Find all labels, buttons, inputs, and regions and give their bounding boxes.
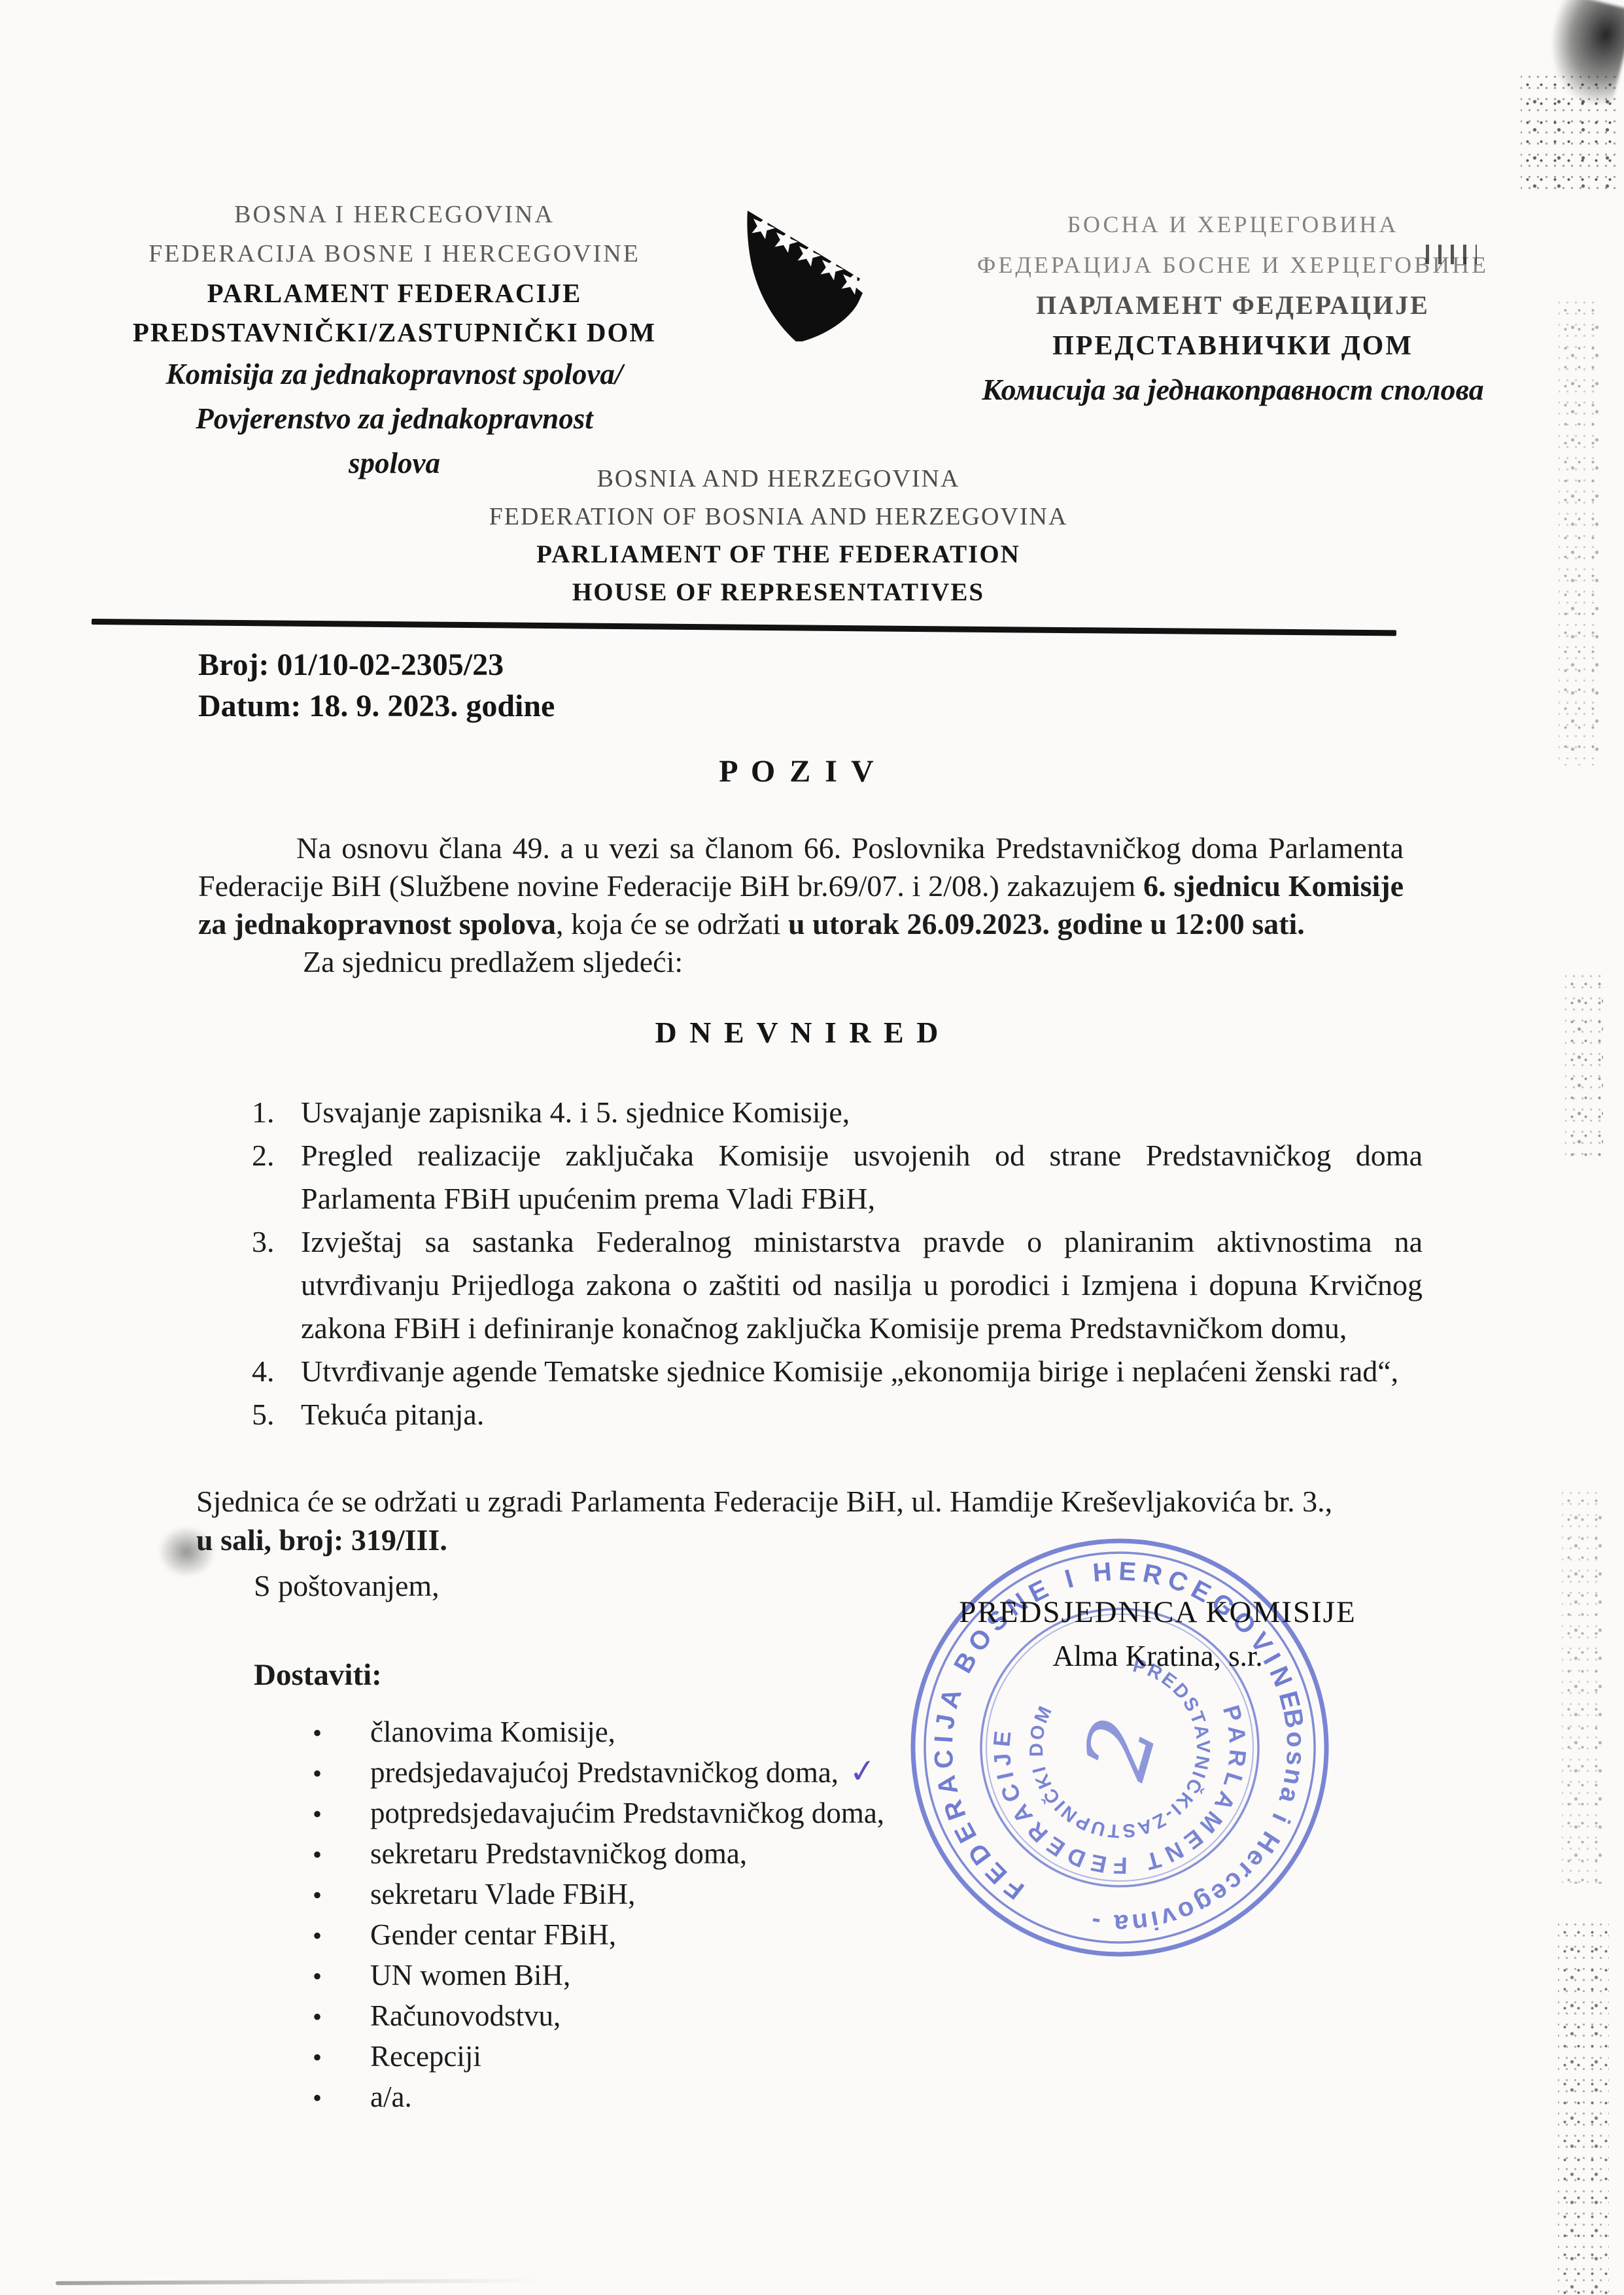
country-name: BOSNA I HERCEGOVINA [84, 195, 705, 234]
bullet-icon [313, 1916, 370, 1956]
scan-artifact [56, 2279, 540, 2285]
distribution-item: Računovodstvu, [313, 1996, 884, 2037]
house-name-cyr: ПРЕДСТАВНИЧКИ ДОМ [912, 326, 1553, 366]
country-name-cyr: БОСНА И ХЕРЦЕГОВИНА [912, 204, 1553, 245]
intro-text-2: , koja će se održati [556, 907, 788, 940]
closing-regards: S poštovanjem, [254, 1568, 440, 1603]
commission-name-1: Komisija za jednakopravnost spolova/ [84, 352, 705, 396]
signature-title: PREDSJEDNICA KOMISIJE [942, 1595, 1373, 1630]
agenda-item-text: Pregled realizacije zaključaka Komisije … [301, 1134, 1423, 1220]
letter-title: P O Z I V [0, 753, 1596, 789]
reference-number: Broj: 01/10-02-2305/23 [198, 644, 555, 685]
distribution-item-text: potpredsjedavajućim Predstavničkog doma, [370, 1793, 884, 1833]
distribution-item: Recepciji [313, 2037, 884, 2077]
commission-name-2: Povjerenstvo za jednakopravnost [84, 396, 705, 441]
country-name-en: BOSNIA AND HERZEGOVINA [406, 460, 1151, 498]
signature-name: Alma Kratina, s.r. [942, 1639, 1373, 1673]
distribution-item-text: Recepciji [370, 2037, 481, 2076]
scan-artifact [1559, 301, 1600, 765]
agenda-item: 4. Utvrđivanje agende Tematske sjednice … [252, 1350, 1423, 1393]
distribution-item-text: predsjedavajućoj Predstavničkog doma, [370, 1753, 838, 1792]
letter-date: Datum: 18. 9. 2023. godine [198, 685, 555, 727]
distribution-heading: Dostaviti: [254, 1657, 382, 1693]
distribution-item: a/a. [313, 2077, 884, 2118]
intro-datetime-bold: u utorak 26.09.2023. godine u 12:00 sati… [788, 907, 1305, 940]
scan-artifact [1521, 75, 1619, 190]
scan-artifact [1558, 1923, 1609, 2295]
agenda-item-number: 1. [252, 1091, 301, 1134]
agenda-item-number: 3. [252, 1220, 301, 1350]
parliament-name-en: PARLIAMENT OF THE FEDERATION [406, 536, 1151, 574]
intro-paragraph: Na osnovu člana 49. a u vezi sa članom 6… [198, 829, 1404, 943]
scan-artifact [1565, 975, 1603, 1158]
distribution-item-text: sekretaru Vlade FBiH, [370, 1874, 635, 1914]
header-divider [92, 619, 1396, 636]
commission-name-cyr: Комисија за једнакоправност сполова [912, 366, 1553, 413]
distribution-item: predsjedavajućoj Predstavničkog doma, ✓ [313, 1753, 884, 1793]
distribution-item: sekretaru Vlade FBiH, [313, 1874, 884, 1915]
header-institution-english: BOSNIA AND HERZEGOVINA FEDERATION OF BOS… [406, 460, 1151, 612]
agenda-item-number: 5. [252, 1393, 301, 1436]
distribution-item-text: Računovodstvu, [370, 1996, 561, 2035]
bullet-icon [313, 1876, 370, 1915]
distribution-list: članovima Komisije, predsjedavajućoj Pre… [313, 1712, 884, 2118]
scan-artifact [1538, 0, 1624, 109]
federation-name-cyr: ФЕДЕРАЦИЈА БОСНЕ И ХЕРЦЕГОВИНЕ [912, 245, 1553, 285]
bullet-icon [313, 2079, 370, 2118]
header-institution-latin: BOSNA I HERCEGOVINA FEDERACIJA BOSNE I H… [84, 195, 705, 485]
federation-name: FEDERACIJA BOSNE I HERCEGOVINE [84, 234, 705, 273]
federation-name-en: FEDERATION OF BOSNIA AND HERZEGOVINA [406, 498, 1151, 536]
agenda-item-number: 2. [252, 1134, 301, 1220]
agenda-item-text: Tekuća pitanja. [301, 1393, 1423, 1436]
distribution-item-text: UN women BiH, [370, 1956, 570, 1995]
agenda-item: 5. Tekuća pitanja. [252, 1393, 1423, 1436]
bullet-icon [313, 2038, 370, 2077]
house-name: PREDSTAVNIČKI/ZASTUPNIČKI DOM [84, 313, 705, 352]
parliament-name-cyr: ПАРЛАМЕНТ ФЕДЕРАЦИЈЕ [912, 285, 1553, 326]
agenda-item-text: Utvrđivanje agende Tematske sjednice Kom… [301, 1350, 1423, 1393]
letter-meta: Broj: 01/10-02-2305/23 Datum: 18. 9. 202… [198, 644, 555, 727]
handwritten-checkmark-icon: ✓ [849, 1770, 876, 1772]
bullet-icon [313, 1997, 370, 2037]
bullet-icon [313, 1714, 370, 1753]
bullet-icon [313, 1795, 370, 1834]
house-name-en: HOUSE OF REPRESENTATIVES [406, 574, 1151, 612]
scan-artifact [1562, 1491, 1602, 1884]
bullet-icon [313, 1957, 370, 1996]
distribution-item-text: sekretaru Predstavničkog doma, [370, 1834, 747, 1873]
distribution-item: Gender centar FBiH, [313, 1915, 884, 1956]
venue-text: Sjednica će se održati u zgradi Parlamen… [196, 1485, 1332, 1518]
venue-room-bold: u sali, broj: 319/III. [196, 1523, 447, 1557]
scanned-letter-page: BOSNA I HERCEGOVINA FEDERACIJA BOSNE I H… [0, 0, 1624, 2295]
distribution-item: sekretaru Predstavničkog doma, [313, 1834, 884, 1874]
propose-line: Za sjednicu predlažem sljedeći: [198, 943, 1404, 981]
agenda-item-text: Izvještaj sa sastanka Federalnog minista… [301, 1220, 1423, 1350]
agenda-item-text: Usvajanje zapisnika 4. i 5. sjednice Kom… [301, 1091, 1423, 1134]
bullet-icon [313, 1835, 370, 1874]
agenda-item: 3. Izvještaj sa sastanka Federalnog mini… [252, 1220, 1423, 1350]
distribution-item: potpredsjedavajućim Predstavničkog doma, [313, 1793, 884, 1834]
agenda-list: 1. Usvajanje zapisnika 4. i 5. sjednice … [252, 1091, 1423, 1436]
distribution-item-text: a/a. [370, 2077, 412, 2116]
agenda-heading: D N E V N I R E D [0, 1015, 1596, 1050]
distribution-item: članovima Komisije, [313, 1712, 884, 1753]
distribution-item-text: Gender centar FBiH, [370, 1915, 616, 1954]
distribution-item: UN women BiH, [313, 1956, 884, 1996]
distribution-item-text: članovima Komisije, [370, 1712, 615, 1751]
parliament-name: PARLAMENT FEDERACIJE [84, 273, 705, 313]
agenda-item: 1. Usvajanje zapisnika 4. i 5. sjednice … [252, 1091, 1423, 1134]
header-institution-cyrillic: БОСНА И ХЕРЦЕГОВИНА ФЕДЕРАЦИЈА БОСНЕ И Х… [912, 204, 1553, 413]
bullet-icon [313, 1754, 370, 1793]
stamp-handwritten-mark: 2 [1063, 1706, 1178, 1789]
agenda-item-number: 4. [252, 1350, 301, 1393]
agenda-item: 2. Pregled realizacije zaključaka Komisi… [252, 1134, 1423, 1220]
coat-of-arms-icon [718, 191, 882, 341]
